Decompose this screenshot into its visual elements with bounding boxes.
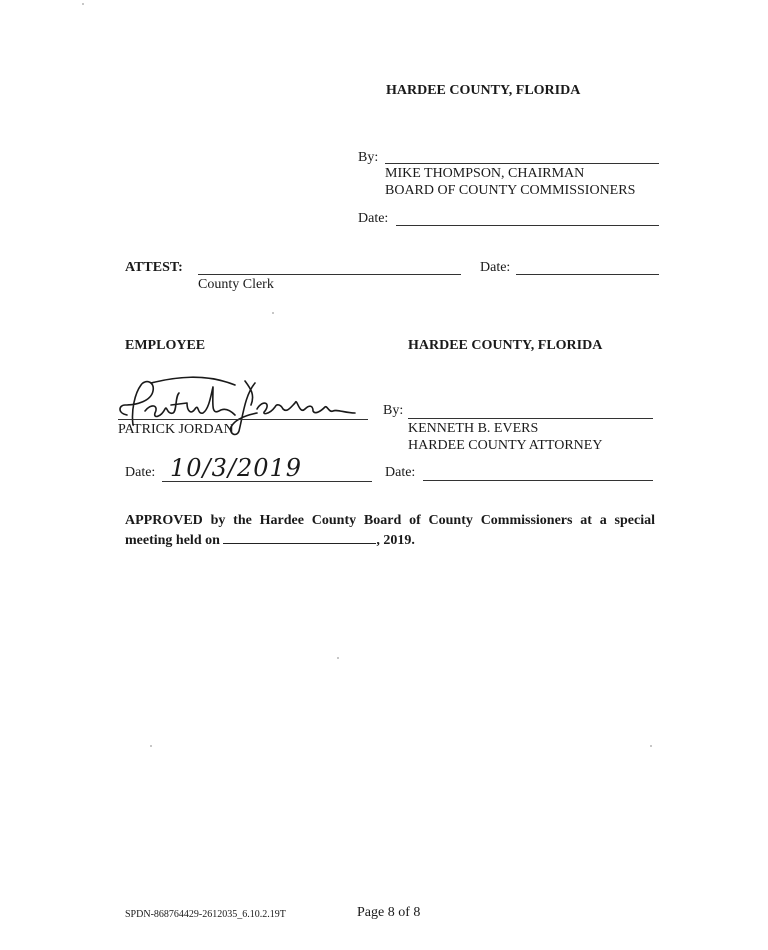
attorney-date-line[interactable] (423, 480, 653, 481)
scan-artifact (650, 745, 652, 747)
county-heading: HARDEE COUNTY, FLORIDA (408, 338, 602, 354)
chairman-signature-line[interactable] (385, 163, 659, 164)
chairman-name: MIKE THOMPSON, CHAIRMAN (385, 166, 584, 182)
employee-date-value: 10/3/2019 (170, 454, 302, 482)
top-by-label: By: (358, 150, 378, 166)
meeting-date-blank[interactable] (223, 531, 376, 544)
top-date-label: Date: (358, 211, 388, 227)
attorney-date-label: Date: (385, 465, 415, 481)
attest-label: ATTEST: (125, 260, 183, 276)
approval-line-2: meeting held on , 2019. (125, 531, 415, 549)
top-heading: HARDEE COUNTY, FLORIDA (386, 83, 580, 99)
footer-page-number: Page 8 of 8 (357, 905, 420, 921)
approval-suffix: , 2019. (376, 533, 415, 548)
attest-signature-line[interactable] (198, 274, 461, 275)
employee-heading: EMPLOYEE (125, 338, 205, 354)
attorney-name: KENNETH B. EVERS (408, 421, 538, 437)
scan-artifact (337, 657, 339, 659)
employee-date-line[interactable] (162, 481, 372, 482)
attorney-title: HARDEE COUNTY ATTORNEY (408, 438, 602, 454)
attest-date-label: Date: (480, 260, 510, 276)
attorney-signature-line[interactable] (408, 418, 653, 419)
attest-date-line[interactable] (516, 274, 659, 275)
approval-prefix: meeting held on (125, 533, 220, 548)
employee-name: PATRICK JORDAN (118, 422, 234, 438)
chairman-date-line[interactable] (396, 225, 659, 226)
scan-artifact (82, 3, 84, 5)
scan-artifact (272, 312, 274, 314)
footer-doc-id: SPDN-868764429-2612035_6.10.2.19T (125, 909, 286, 920)
employee-signature-line[interactable] (118, 419, 368, 420)
attorney-by-label: By: (383, 403, 403, 419)
attest-role: County Clerk (198, 277, 274, 293)
scan-artifact (150, 745, 152, 747)
approval-line-1: APPROVED by the Hardee County Board of C… (125, 513, 655, 529)
chairman-title: BOARD OF COUNTY COMMISSIONERS (385, 183, 635, 199)
employee-date-label: Date: (125, 465, 155, 481)
